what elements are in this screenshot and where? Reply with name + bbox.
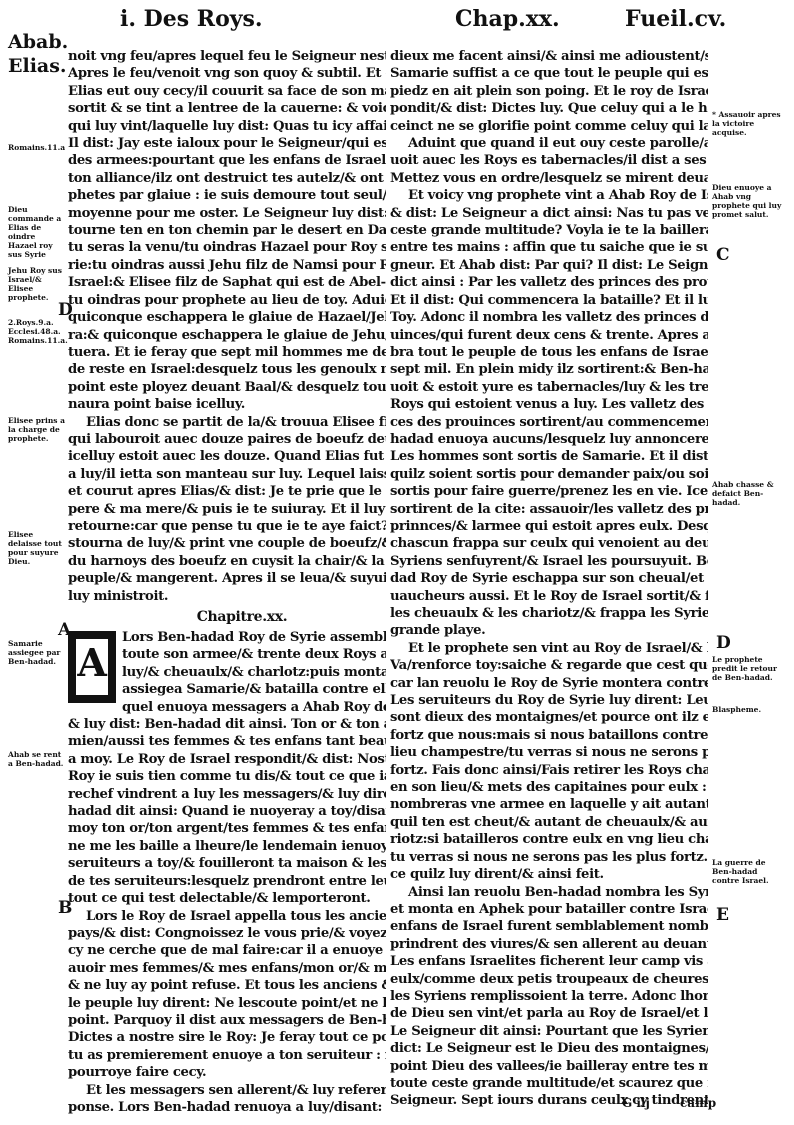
text-line: Les seruiteurs du Roy de Syrie luy diren… (390, 692, 708, 709)
decorated-initial: A (68, 631, 116, 703)
text-line: uoit & estoit yure es tabernacles/luy & … (390, 379, 708, 396)
text-line: icelluy estoit auec les douze. Quand Eli… (68, 448, 386, 465)
chapter-paragraph-3: Et les messagers sen allerent/& luy refe… (68, 1082, 386, 1117)
text-line: sortis pour faire guerre/prenez les en v… (390, 483, 708, 500)
text-line: Les hommes sont sortis de Samarie. Et il… (390, 448, 708, 465)
margin-note: Jehu Roy sus Israel/& Elisee prophete. (8, 266, 66, 302)
text-line: toute son armee/& trente deux Roys auec (122, 646, 386, 663)
chapter-paragraph-2: Lors le Roy de Israel appella tous les a… (68, 908, 386, 1082)
text-line: Lors le Roy de Israel appella tous les a… (68, 908, 386, 925)
text-line: peuple/& mangerent. Apres il se leua/& s… (68, 570, 386, 587)
margin-note: * Assauoir apres la victoire acquise. (712, 110, 786, 137)
text-line: ce quilz luy dirent/& ainsi feit. (390, 866, 708, 883)
text-line: prindrent des viures/& sen allerent au d… (390, 936, 708, 953)
text-line: toute ceste grande multitude/et scaurez … (390, 1075, 708, 1092)
text-line: pondit/& dist: Dictes luy. Que celuy qui… (390, 100, 708, 117)
margin-name-ahab: Abab. (8, 30, 68, 54)
text-line: Seigneur. Sept iours durans ceulx cy tin… (390, 1092, 708, 1109)
text-line: ne me les baille a lheure/le lendemain i… (68, 838, 386, 855)
text-line: enfans de Israel furent semblablement no… (390, 918, 708, 935)
text-line: qui luy vint/laquelle luy dist: Quas tu … (68, 118, 386, 135)
margin-note: Samarie assiegee par Ben-hadad. (8, 639, 66, 666)
text-line: rechef vindrent a luy les messagers/& lu… (68, 786, 386, 803)
running-head-book: i. Des Roys. (120, 6, 263, 32)
margin-note: 2.Roys.9.a. Ecclesi.48.a. Romains.11.a. (8, 318, 66, 345)
text-line: Israel:& Elisee filz de Saphat qui est d… (68, 274, 386, 291)
text-line: sortirent de la cite: assauoir/les valle… (390, 501, 708, 518)
margin-note: Elisee prins a la charge de prophete. (8, 416, 66, 443)
margin-note: Ahab se rent a Ben-hadad. (8, 750, 66, 768)
margin-name-elias: Elias. (8, 54, 68, 78)
text-line: naura point baise icelluy. (68, 396, 386, 413)
text-line: du harnoys des boeufz en cuysit la chair… (68, 553, 386, 570)
text-line: quiconque eschappera le glaiue de Hazael… (68, 309, 386, 326)
text-line: Va/renforce toy:saiche & regarde que ces… (390, 657, 708, 674)
chapter-opening: A Lors Ben-hadad Roy de Syrie assemblato… (68, 629, 386, 699)
text-line: moyenne pour me oster. Le Seigneur luy d… (68, 205, 386, 222)
section-letter: A (58, 620, 71, 640)
text-line: nombreras vne armee en laquelle y ait au… (390, 796, 708, 813)
text-line: hadad dit ainsi: Quand ie nuoyeray a toy… (68, 803, 386, 820)
text-line: de tes seruiteurs:lesquelz prendront ent… (68, 873, 386, 890)
section-letter: B (58, 898, 72, 918)
margin-note: Le prophete predit le retour de Ben-hada… (712, 655, 786, 682)
text-line: Et voicy vng prophete vint a Ahab Roy de… (390, 187, 708, 204)
text-line: a luy/il ietta son manteau sur luy. Lequ… (68, 466, 386, 483)
text-line: tourne ten en ton chemin par le desert e… (68, 222, 386, 239)
text-line: & luy dist: Ben-hadad dit ainsi. Ton or … (68, 716, 386, 733)
right-column-paragraph-1: dieux me facent ainsi/& ainsi me adioust… (390, 48, 708, 135)
section-letter: E (716, 905, 729, 925)
text-line: Il dist: Jay este ialoux pour le Seigneu… (68, 135, 386, 152)
margin-note: Dieu enuoye a Ahab vng prophete qui luy … (712, 183, 786, 219)
text-line: point Dieu des vallees/ie bailleray entr… (390, 1058, 708, 1075)
text-line: bra tout le peuple de tous les enfans de… (390, 344, 708, 361)
text-line: fortz. Fais donc ainsi/Fais retirer les … (390, 762, 708, 779)
text-line: prinnces/& larmee qui estoit apres eulx.… (390, 518, 708, 535)
initial-letter: A (71, 640, 113, 686)
right-column-paragraph-5: Ainsi lan reuolu Ben-hadad nombra les Sy… (390, 884, 708, 1110)
catchword: camp (680, 1096, 716, 1110)
text-line: ceste grande multitude? Voyla ie te la b… (390, 222, 708, 239)
text-line: point este ployez deuant Baal/& desquelz… (68, 379, 386, 396)
text-line: & dist: Le Seigneur a dict ainsi: Nas tu… (390, 205, 708, 222)
text-line: seruiteurs a toy/& fouilleront ta maison… (68, 855, 386, 872)
text-line: sortit & se tint a lentree de la cauerne… (68, 100, 386, 117)
margin-note: Elisee delaisse tout pour suyure Dieu. (8, 530, 66, 566)
text-line: Ainsi lan reuolu Ben-hadad nombra les Sy… (390, 884, 708, 901)
text-line: tu seras la venu/tu oindras Hazael pour … (68, 239, 386, 256)
text-line: ra:& quiconque eschappera le glaiue de J… (68, 327, 386, 344)
margin-note: Ahab chasse & defaict Ben-hadad. (712, 480, 786, 507)
text-line: mien/aussi tes femmes & tes enfans tant … (68, 733, 386, 750)
text-line: entre tes mains : affin que tu saiche qu… (390, 239, 708, 256)
text-line: auoir mes femmes/& mes enfans/mon or/& m… (68, 960, 386, 977)
text-line: Et les messagers sen allerent/& luy refe… (68, 1082, 386, 1099)
text-line: piedz en ait plein son poing. Et le roy … (390, 83, 708, 100)
text-line: Apres le feu/venoit vng son quoy & subti… (68, 65, 386, 82)
text-line: noit vng feu/apres lequel feu le Seigneu… (68, 48, 386, 65)
text-line: les Syriens remplissoient la terre. Adon… (390, 988, 708, 1005)
text-line: le peuple luy dirent: Ne lescoute point/… (68, 995, 386, 1012)
text-line: Lors Ben-hadad Roy de Syrie assembla (122, 629, 386, 646)
section-letter: D (58, 300, 73, 320)
text-line: Roy ie suis tien comme tu dis/& tout ce … (68, 768, 386, 785)
text-line: & ne luy ay point refuse. Et tous les an… (68, 977, 386, 994)
margin-note: Blaspheme. (712, 705, 786, 714)
text-line: dieux me facent ainsi/& ainsi me adioust… (390, 48, 708, 65)
text-line: Et il dist: Qui commencera la bataille? … (390, 292, 708, 309)
left-column-paragraph-2: Elias donc se partit de la/& trouua Elis… (68, 414, 386, 605)
text-line: ceinct ne se glorifie point comme celuy … (390, 118, 708, 135)
text-line: lieu champestre/tu verras si nous ne ser… (390, 744, 708, 761)
text-line: tout ce qui test delectable/& lemportero… (68, 890, 386, 907)
text-line: cy ne cerche que de mal faire:car il a e… (68, 942, 386, 959)
section-letter: C (716, 245, 730, 265)
margin-note: La guerre de Ben-hadad contre Israel. (712, 858, 786, 885)
text-line: assiegea Samarie/& batailla contre elle.… (122, 681, 386, 698)
text-line: Aduint que quand il eut ouy ceste paroll… (390, 135, 708, 152)
right-column-paragraph-3: Et voicy vng prophete vint a Ahab Roy de… (390, 187, 708, 640)
left-column: noit vng feu/apres lequel feu le Seigneu… (68, 48, 386, 1116)
text-line: Roys qui estoient venus a luy. Les valle… (390, 396, 708, 413)
text-line: Mettez vous en ordre/lesquelz se mirent … (390, 170, 708, 187)
text-line: qui labouroit auec douze paires de boeuf… (68, 431, 386, 448)
text-line: ces des prouinces sortirent/au commencem… (390, 414, 708, 431)
text-line: point. Parquoy il dist aux messagers de … (68, 1012, 386, 1029)
running-head-chapter: Chap.xx. (455, 6, 560, 32)
bible-page: Abab. Elias. i. Des Roys. Chap.xx. Fueil… (0, 0, 794, 1125)
text-line: luy/& cheuaulx/& charlotz:puis monta/et (122, 664, 386, 681)
text-line: tuera. Et ie feray que sept mil hommes m… (68, 344, 386, 361)
text-line: retourne:car que pense tu que ie te aye … (68, 518, 386, 535)
text-line: tu oindras pour prophete au lieu de toy.… (68, 292, 386, 309)
right-column-paragraph-2: Aduint que quand il eut ouy ceste paroll… (390, 135, 708, 187)
text-line: quilz soient sortis pour demander paix/o… (390, 466, 708, 483)
text-line: dict ainsi : Par les valletz des princes… (390, 274, 708, 291)
text-line: Et le prophete sen vint au Roy de Israel… (390, 640, 708, 657)
text-line: hadad enuoya aucuns/lesquelz luy annonce… (390, 431, 708, 448)
section-letter: D (716, 633, 731, 653)
text-line: rie:tu oindras aussi Jehu filz de Namsi … (68, 257, 386, 274)
text-line: fortz que nous:mais si nous bataillons c… (390, 727, 708, 744)
margin-names: Abab. Elias. (8, 30, 68, 78)
chapter-paragraph-1: quel enuoya messagers a Ahab Roy de Isra… (68, 699, 386, 908)
text-line: quel enuoya messagers a Ahab Roy de Isra… (122, 699, 386, 716)
right-column: dieux me facent ainsi/& ainsi me adioust… (390, 48, 708, 1110)
text-line: sept mil. En plein midy ilz sortirent:& … (390, 361, 708, 378)
left-column-paragraph-1: noit vng feu/apres lequel feu le Seigneu… (68, 48, 386, 414)
text-line: Samarie suffist a ce que tout le peuple … (390, 65, 708, 82)
text-line: chascun frappa sur ceulx qui venoient au… (390, 535, 708, 552)
text-line: stourna de luy/& print vne couple de boe… (68, 535, 386, 552)
running-head-folio: Fueil.cv. (625, 6, 726, 32)
text-line: pere & ma mere/& puis ie te suiuray. Et … (68, 501, 386, 518)
signature-mark: G iij (622, 1096, 650, 1110)
text-line: pays/& dist: Congnoissez le vous prie/& … (68, 925, 386, 942)
text-line: tu verras si nous ne serons pas les plus… (390, 849, 708, 866)
text-line: quil ten est cheut/& autant de cheuaulx/… (390, 814, 708, 831)
text-line: et courut apres Elias/& dist: Je te prie… (68, 483, 386, 500)
text-line: des armees:pourtant que les enfans de Is… (68, 152, 386, 169)
text-line: dad Roy de Syrie eschappa sur son cheual… (390, 570, 708, 587)
text-line: riotz:si batailleros contre eulx en vng … (390, 831, 708, 848)
right-column-paragraph-4: Et le prophete sen vint au Roy de Israel… (390, 640, 708, 884)
chapter-heading: Chapitre.xx. (68, 607, 386, 627)
text-line: grande playe. (390, 622, 708, 639)
text-line: de reste en Israel:desquelz tous les gen… (68, 361, 386, 378)
text-line: gneur. Et Ahab dist: Par qui? Il dist: L… (390, 257, 708, 274)
text-line: sont dieux des montaignes/et pource ont … (390, 709, 708, 726)
text-line: Toy. Adonc il nombra les valletz des pri… (390, 309, 708, 326)
text-line: a moy. Le Roy de Israel respondit/& dist… (68, 751, 386, 768)
text-line: uinces/qui furent deux cens & trente. Ap… (390, 327, 708, 344)
text-line: Elias donc se partit de la/& trouua Elis… (68, 414, 386, 431)
text-line: pourroye faire cecy. (68, 1064, 386, 1081)
text-line: et monta en Aphek pour batailler contre … (390, 901, 708, 918)
text-line: dict: Le Seigneur est le Dieu des montai… (390, 1040, 708, 1057)
text-line: ponse. Lors Ben-hadad renuoya a luy/disa… (68, 1099, 386, 1116)
text-line: uaucheurs aussi. Et le Roy de Israel sor… (390, 588, 708, 605)
text-line: Syriens senfuyrent/& Israel les poursuyu… (390, 553, 708, 570)
text-line: uoit auec les Roys es tabernacles/il dis… (390, 152, 708, 169)
text-line: ton alliance/ilz ont destruict tes autel… (68, 170, 386, 187)
text-line: luy ministroit. (68, 588, 386, 605)
text-line: moy ton or/ton argent/tes femmes & tes e… (68, 820, 386, 837)
text-line: Dictes a nostre sire le Roy: Je feray to… (68, 1029, 386, 1046)
text-line: phetes par glaiue : ie suis demoure tout… (68, 187, 386, 204)
text-line: en son lieu/& mets des capitaines pour e… (390, 779, 708, 796)
text-line: les cheuaulx & les chariotz/& frappa les… (390, 605, 708, 622)
text-line: Elias eut ouy cecy/il couurit sa face de… (68, 83, 386, 100)
text-line: eulx/comme deux petis troupeaux de cheur… (390, 971, 708, 988)
text-line: tu as premierement enuoye a ton seruiteu… (68, 1047, 386, 1064)
text-line: Le Seigneur dit ainsi: Pourtant que les … (390, 1023, 708, 1040)
text-line: Les enfans Israelites ficherent leur cam… (390, 953, 708, 970)
text-line: de Dieu sen vint/et parla au Roy de Isra… (390, 1005, 708, 1022)
margin-note: Dieu commande a Elias de oindre Hazael r… (8, 205, 66, 259)
margin-note: Romains.11.a (8, 143, 66, 152)
text-line: car lan reuolu le Roy de Syrie montera c… (390, 675, 708, 692)
